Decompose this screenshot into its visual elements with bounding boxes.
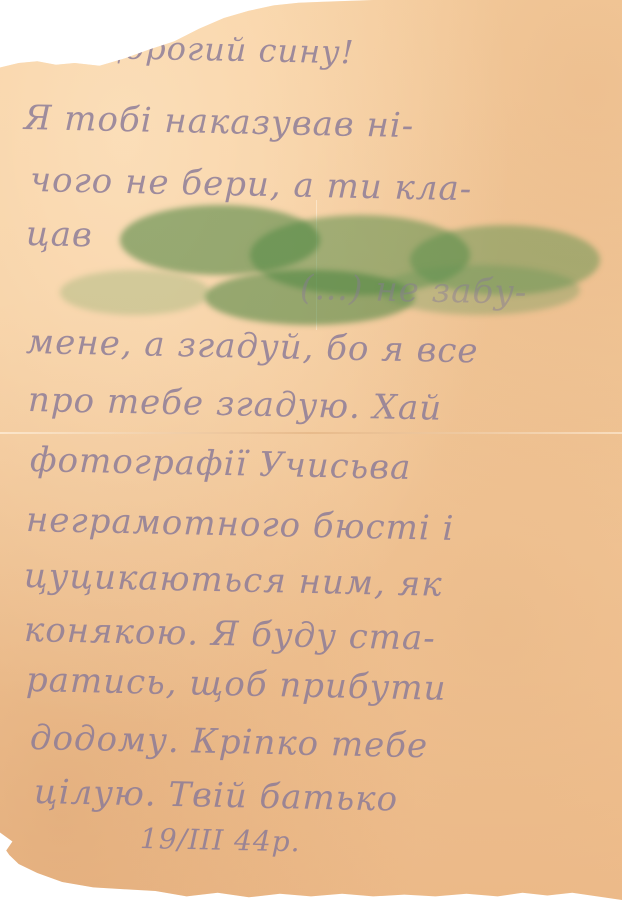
letter-line-1: Я тобі наказував ні- [24,98,415,146]
letter-date: 19/III 44р. [140,822,301,858]
letter-line-2: чого не бери, а ти кла- [30,160,473,209]
letter-line-8: неграмотного бюсті і [26,500,455,549]
letter-line-6: про тебе згадую. Хай [28,380,443,429]
letter-line-11: ратись, щоб прибути [26,660,447,709]
letter-salutation: Дорогий сину! [98,28,355,71]
letter-line-5: мене, а згадуй, бо я все [26,322,479,371]
letter-paper: Дорогий сину! Я тобі наказував ні- чого … [0,0,622,900]
letter-line-7: фотографії Учисьва [30,440,412,488]
letter-line-13: цілую. Твій батько [34,772,399,820]
letter-line-4: (…) не забу- [300,268,528,313]
fold-crease-horizontal [0,432,622,434]
letter-line-10: конякою. Я буду ста- [24,610,437,659]
letter-line-12: додому. Кріпко тебе [30,718,429,766]
letter-line-9: цуцикаються ним, як [24,556,443,605]
letter-line-3: цав [26,214,94,255]
